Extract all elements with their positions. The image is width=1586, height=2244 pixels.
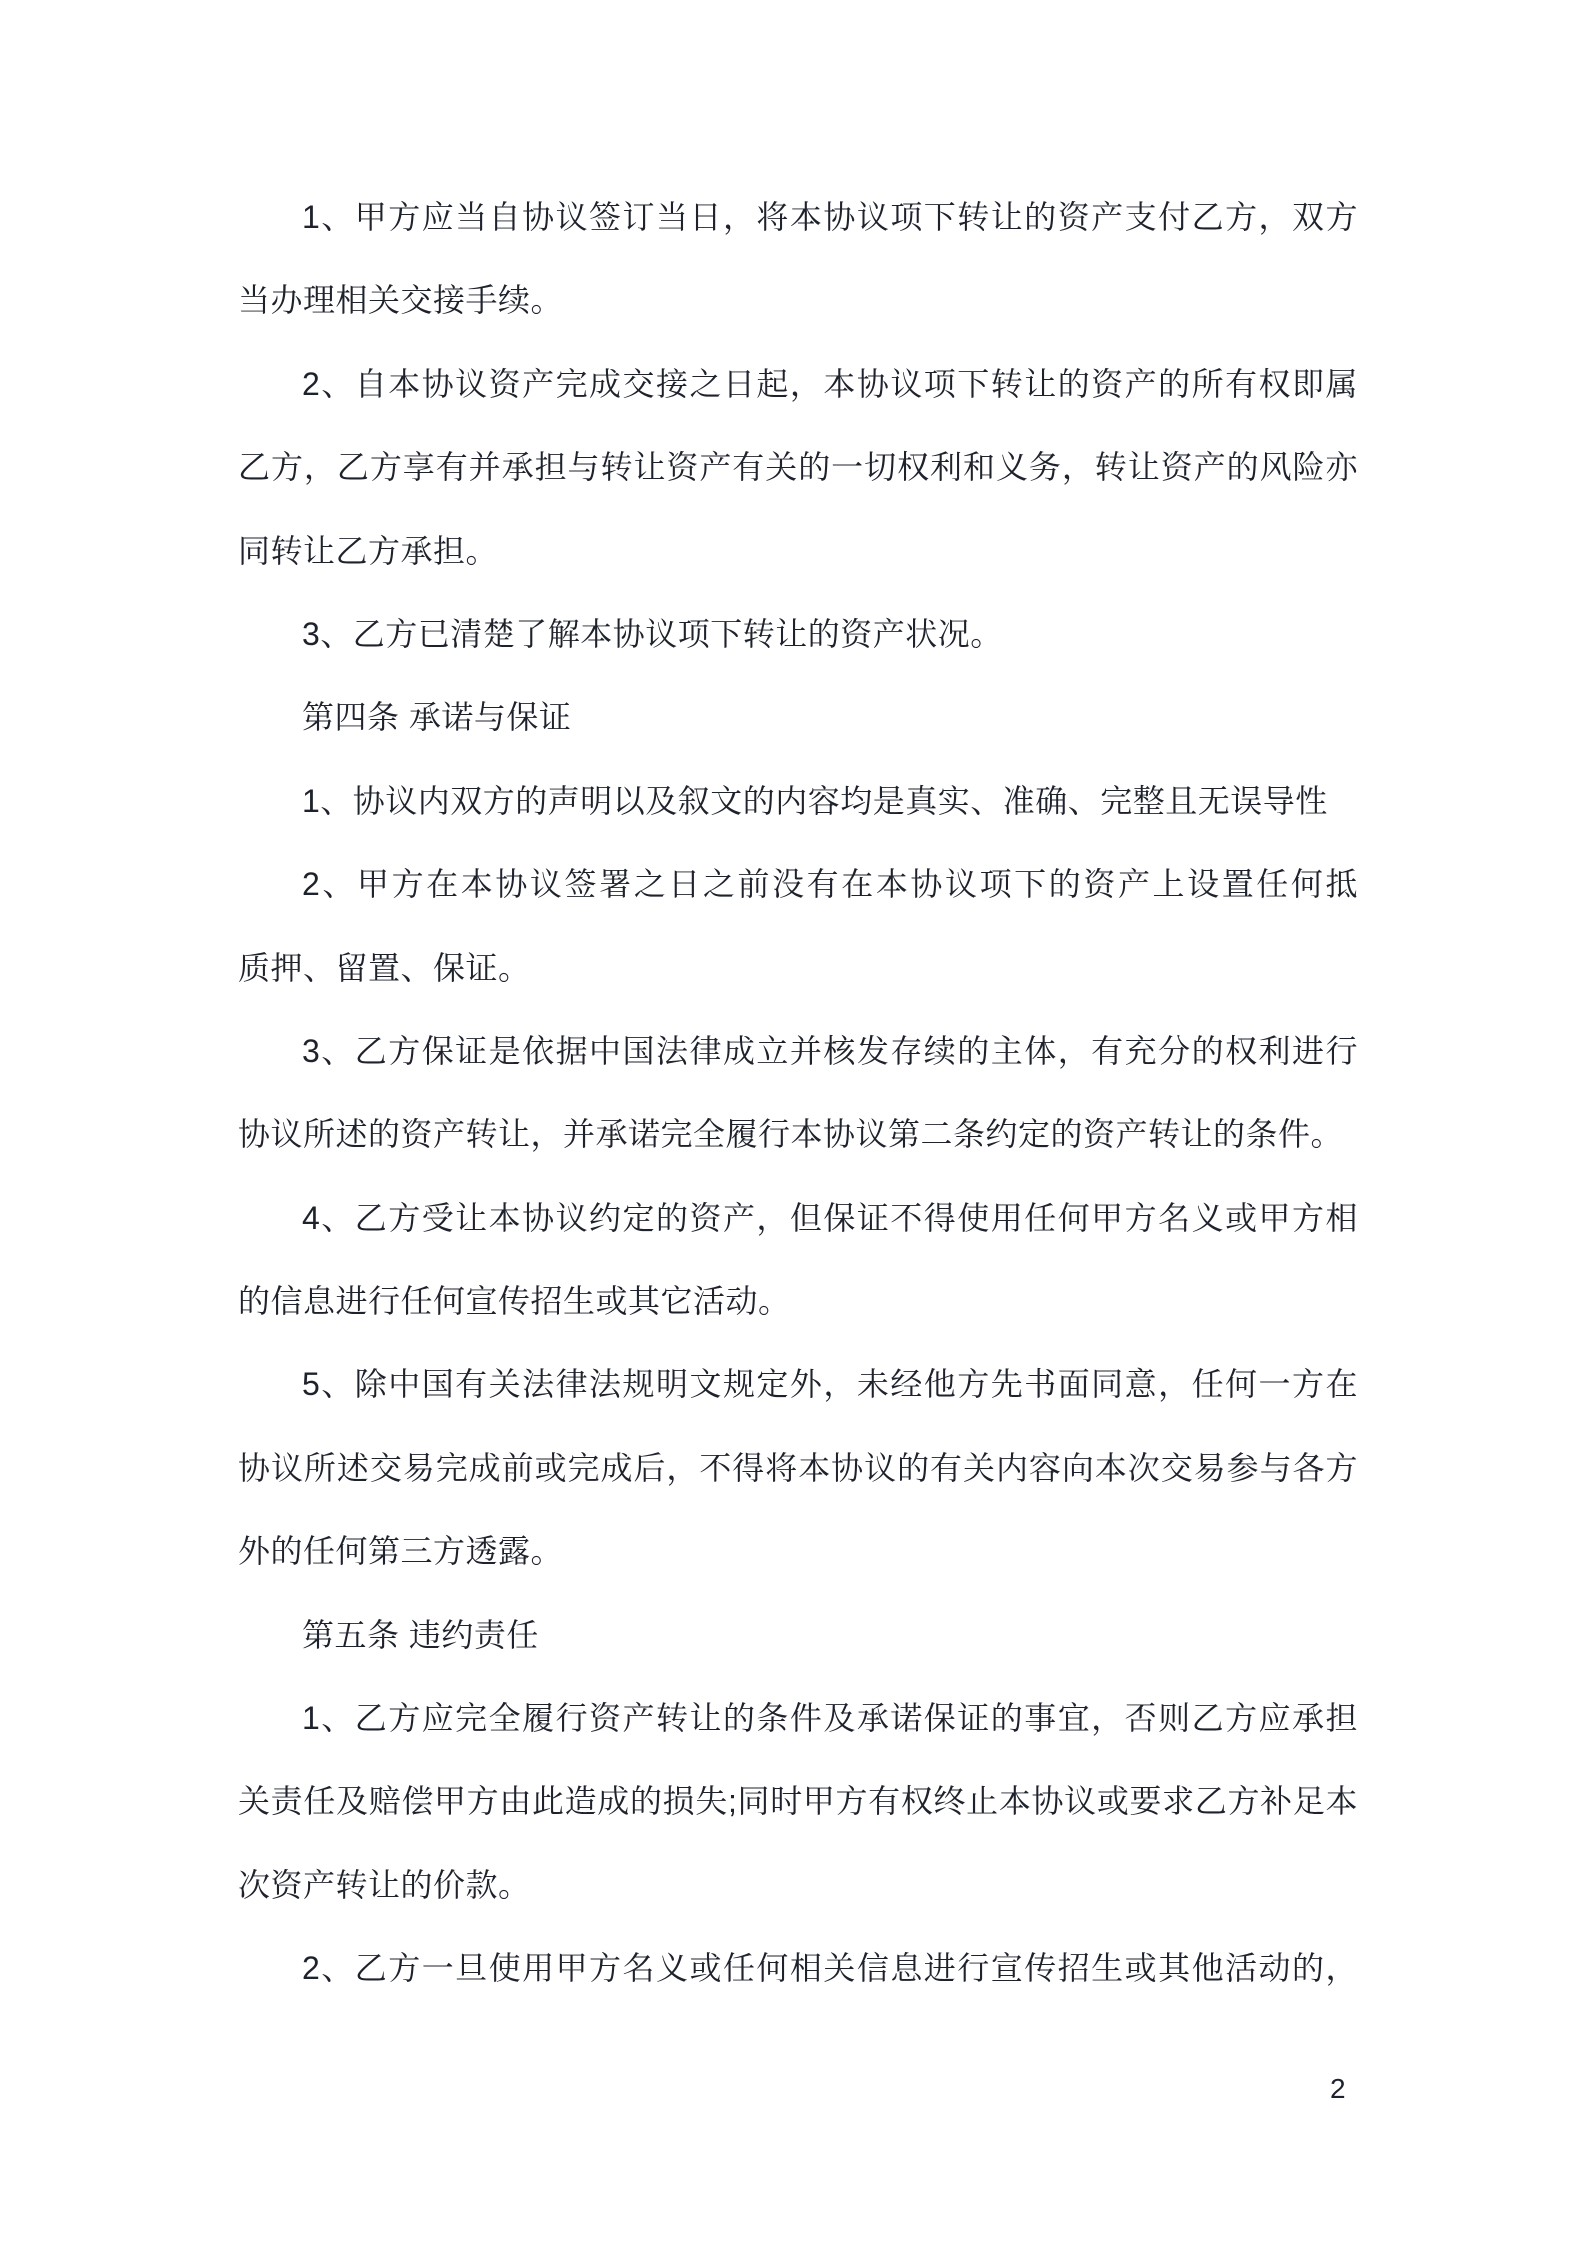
text-line: 3、乙方保证是依据中国法律成立并核发存续的主体，有充分的权利进行本	[238, 1010, 1358, 1093]
text-line: 质押、留置、保证。	[238, 927, 1358, 1010]
text-line: 3、乙方已清楚了解本协议项下转让的资产状况。	[238, 593, 1358, 676]
text-line: 的信息进行任何宣传招生或其它活动。	[238, 1260, 1358, 1343]
text-line: 关责任及赔偿甲方由此造成的损失;同时甲方有权终止本协议或要求乙方补足本	[238, 1760, 1358, 1843]
text-line: 1、甲方应当自协议签订当日，将本协议项下转让的资产支付乙方，双方应	[238, 176, 1358, 259]
text-line: 2、甲方在本协议签署之日之前没有在本协议项下的资产上设置任何抵押、	[238, 843, 1358, 926]
text-line: 2、自本协议资产完成交接之日起，本协议项下转让的资产的所有权即属于	[238, 343, 1358, 426]
text-line: 4、乙方受让本协议约定的资产，但保证不得使用任何甲方名义或甲方相关	[238, 1177, 1358, 1260]
text-line: 第五条 违约责任	[238, 1594, 1358, 1677]
text-line: 外的任何第三方透露。	[238, 1510, 1358, 1593]
text-line: 1、协议内双方的声明以及叙文的内容均是真实、准确、完整且无误导性的。	[238, 760, 1358, 843]
contract-body-text: 1、甲方应当自协议签订当日，将本协议项下转让的资产支付乙方，双方应当办理相关交接…	[238, 176, 1358, 2011]
text-line: 同转让乙方承担。	[238, 510, 1358, 593]
document-page: 1、甲方应当自协议签订当日，将本协议项下转让的资产支付乙方，双方应当办理相关交接…	[0, 0, 1586, 2244]
page-number: 2	[1330, 2072, 1370, 2106]
text-line: 第四条 承诺与保证	[238, 676, 1358, 759]
text-line: 乙方，乙方享有并承担与转让资产有关的一切权利和义务，转让资产的风险亦相	[238, 426, 1358, 509]
text-line: 协议所述交易完成前或完成后，不得将本协议的有关内容向本次交易参与各方之	[238, 1427, 1358, 1510]
text-line: 次资产转让的价款。	[238, 1844, 1358, 1927]
text-line: 1、乙方应完全履行资产转让的条件及承诺保证的事宜，否则乙方应承担相	[238, 1677, 1358, 1760]
text-line: 2、乙方一旦使用甲方名义或任何相关信息进行宣传招生或其他活动的，乙	[238, 1927, 1358, 2010]
text-line: 协议所述的资产转让，并承诺完全履行本协议第二条约定的资产转让的条件。	[238, 1093, 1358, 1176]
text-line: 5、除中国有关法律法规明文规定外，未经他方先书面同意，任何一方在本	[238, 1343, 1358, 1426]
text-line: 当办理相关交接手续。	[238, 259, 1358, 342]
